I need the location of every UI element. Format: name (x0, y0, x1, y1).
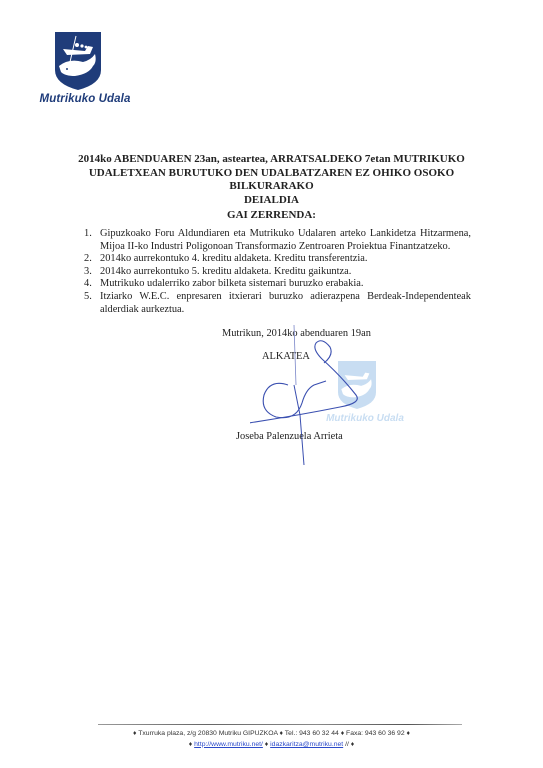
agenda-item-number: 2. (84, 253, 92, 266)
footer-trail: // ♦ (345, 741, 354, 748)
agenda-item-number: 3. (84, 266, 92, 279)
logo-text: Mutrikuko Udala (30, 93, 140, 105)
handwritten-signature-icon (250, 325, 410, 465)
agenda-item-text: Gipuzkoako Foru Aldundiaren eta Mutrikuk… (100, 228, 471, 252)
title-line: 2014ko ABENDUAREN 23an, asteartea, ARRAT… (60, 153, 483, 167)
bullet-icon: ♦ (265, 741, 268, 748)
agenda-item: 1. Gipuzkoako Foru Aldundiaren eta Mutri… (86, 228, 471, 253)
footer-divider (98, 724, 462, 725)
agenda-item-number: 5. (84, 291, 92, 304)
agenda-heading: GAI ZERRENDA: (60, 209, 483, 221)
document-title: 2014ko ABENDUAREN 23an, asteartea, ARRAT… (60, 153, 483, 207)
agenda-item-text: Itziarko W.E.C. enpresaren itxierari bur… (100, 291, 471, 315)
municipality-logo: Mutrikuko Udala (30, 30, 140, 112)
coat-of-arms-icon (55, 32, 101, 90)
agenda-item-number: 1. (84, 228, 92, 241)
agenda-list: 1. Gipuzkoako Foru Aldundiaren eta Mutri… (86, 228, 471, 316)
footer-address: ♦ Txurruka plaza, z/g 20830 Mutriku GIPU… (60, 729, 483, 740)
footer-links: ♦ http://www.mutriku.net/ ♦ idazkaritza@… (60, 740, 483, 751)
agenda-item: 2. 2014ko aurrekontuko 4. kreditu aldake… (86, 253, 471, 266)
email-link[interactable]: idazkaritza@mutriku.net (270, 741, 343, 748)
agenda-item-text: 2014ko aurrekontuko 4. kreditu aldaketa.… (100, 253, 367, 264)
agenda-item: 5. Itziarko W.E.C. enpresaren itxierari … (86, 291, 471, 316)
agenda-item: 4. Mutrikuko udalerriko zabor bilketa si… (86, 278, 471, 291)
website-link[interactable]: http://www.mutriku.net/ (194, 741, 263, 748)
title-line: DEIALDIA (60, 194, 483, 208)
footer: ♦ Txurruka plaza, z/g 20830 Mutriku GIPU… (60, 729, 483, 750)
agenda-item-number: 4. (84, 278, 92, 291)
bullet-icon: ♦ (189, 741, 192, 748)
agenda-item-text: Mutrikuko udalerriko zabor bilketa siste… (100, 278, 363, 289)
agenda-item-text: 2014ko aurrekontuko 5. kreditu aldaketa.… (100, 266, 351, 277)
signer-name: Joseba Palenzuela Arrieta (236, 431, 343, 442)
title-line: UDALETXEAN BURUTUKO DEN UDALBATZAREN EZ … (60, 167, 483, 194)
agenda-item: 3. 2014ko aurrekontuko 5. kreditu aldake… (86, 266, 471, 279)
